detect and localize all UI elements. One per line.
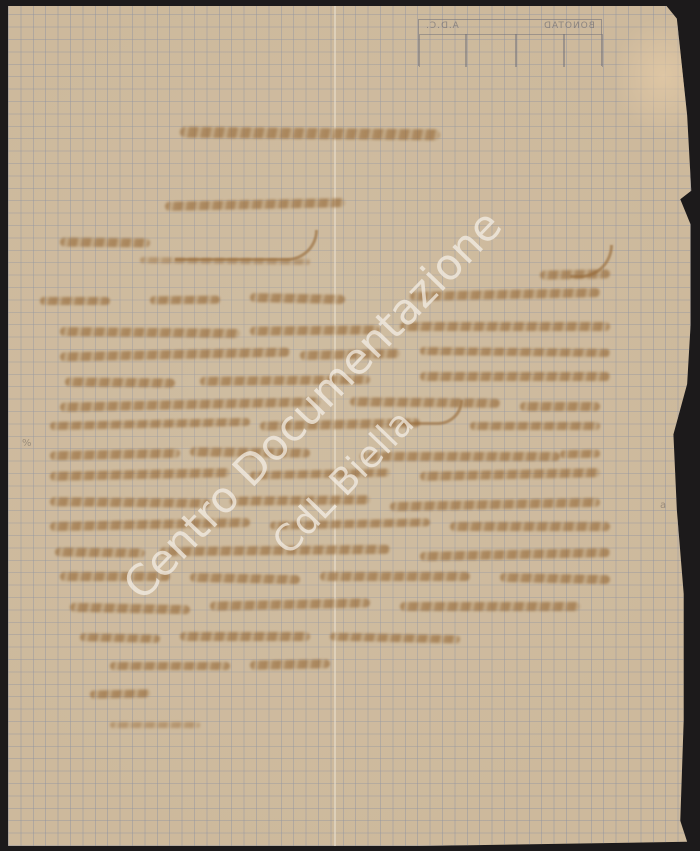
stamp-cell <box>515 34 565 67</box>
ink-stroke <box>470 422 600 430</box>
ink-stroke <box>80 633 160 643</box>
ink-stroke <box>190 447 310 457</box>
ink-stroke <box>520 402 600 411</box>
stamp-cell <box>563 34 603 67</box>
ink-stroke <box>110 722 200 728</box>
ink-stroke <box>55 548 145 558</box>
ink-stroke <box>560 450 600 459</box>
ink-stroke <box>65 377 175 387</box>
ink-stroke <box>40 297 110 305</box>
margin-mark-left: % <box>22 438 32 449</box>
ink-stroke <box>60 572 170 581</box>
ink-stroke <box>200 375 370 386</box>
margin-mark-right: a <box>660 500 666 511</box>
stamp-cell <box>465 34 517 67</box>
stamp-label-right: BONOTAD <box>543 21 595 31</box>
ink-stroke <box>400 322 610 331</box>
ink-stroke <box>180 632 310 641</box>
ink-stroke <box>250 325 380 335</box>
stamp-cell <box>419 34 467 67</box>
ink-flourish <box>175 230 318 261</box>
ink-stroke <box>90 689 150 698</box>
ink-stroke <box>60 327 240 338</box>
ink-stroke <box>50 497 210 508</box>
ink-stroke <box>420 372 610 381</box>
ink-stroke <box>320 572 470 581</box>
ink-stroke <box>230 495 370 505</box>
ink-stroke <box>360 452 560 461</box>
ink-stroke <box>150 296 220 305</box>
ink-stroke <box>250 659 330 670</box>
ink-stroke <box>400 602 580 611</box>
stamp-label-left: A.D.C. <box>425 21 459 31</box>
archive-stamp-box: A.D.C. BONOTAD <box>418 19 602 66</box>
ink-stroke <box>60 238 150 248</box>
ink-stroke <box>450 522 610 531</box>
ink-stroke <box>110 662 230 670</box>
